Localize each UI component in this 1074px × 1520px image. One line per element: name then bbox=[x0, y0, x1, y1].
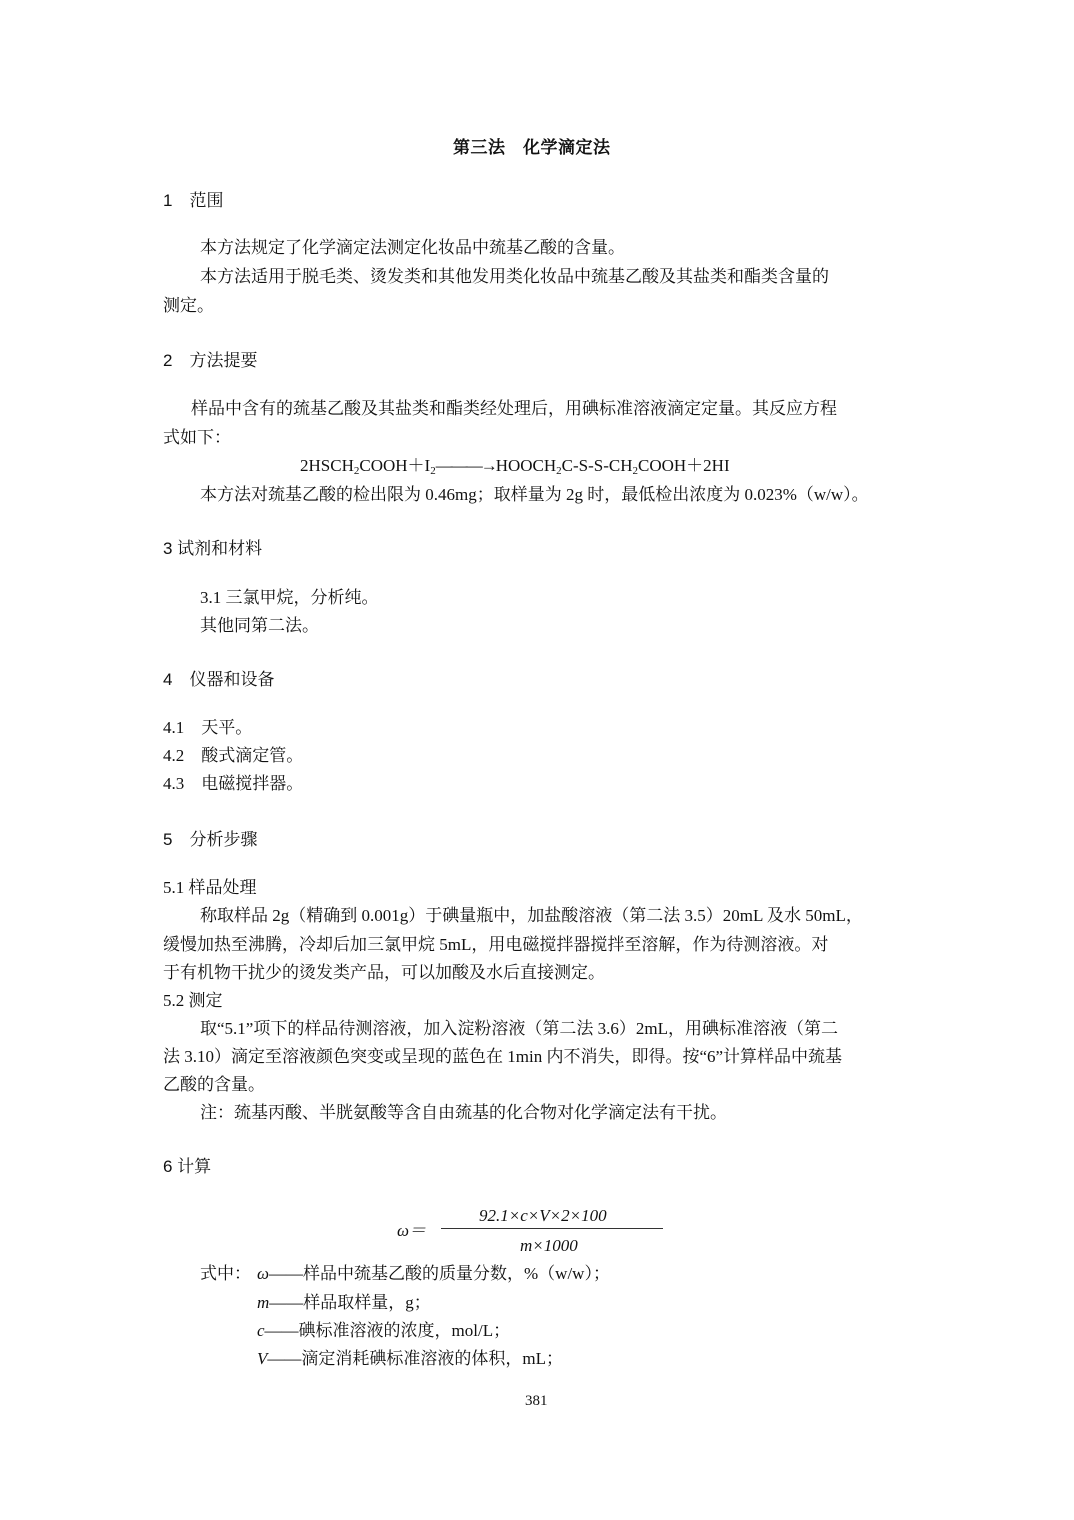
subsection-5-2-heading: 5.2 测定 bbox=[163, 986, 223, 1015]
formula-denominator: m×1000 bbox=[520, 1231, 578, 1260]
section-4-item-2: 4.2 酸式滴定管。 bbox=[163, 741, 303, 770]
section-6-heading: 6 计算 bbox=[163, 1152, 211, 1177]
eq-part: HOOCH bbox=[496, 456, 556, 475]
subsection-5-2-note: 注：巯基丙酸、半胱氨酸等含自由巯基的化合物对化学滴定法有干扰。 bbox=[200, 1098, 727, 1127]
section-1-para-2-cont: 测定。 bbox=[163, 291, 214, 320]
eq-part: COOH＋I bbox=[359, 456, 430, 475]
section-2-heading: 2 方法提要 bbox=[163, 346, 257, 371]
section-2-para-1-cont: 式如下： bbox=[163, 423, 231, 452]
variable-desc: ——滴定消耗碘标准溶液的体积，mL； bbox=[267, 1349, 563, 1368]
eq-part: COOH＋2HI bbox=[638, 456, 730, 475]
variable-desc: ——样品取样量，g； bbox=[269, 1293, 431, 1312]
eq-part: 2HSCH bbox=[300, 456, 354, 475]
subsection-5-2-line-1: 取“5.1”项下的样品待测溶液，加入淀粉溶液（第二法 3.6）2mL，用碘标准溶… bbox=[200, 1014, 838, 1043]
section-3-heading: 3 试剂和材料 bbox=[163, 534, 262, 559]
variable-m: m——样品取样量，g； bbox=[257, 1288, 431, 1317]
variable-symbol: c bbox=[257, 1321, 265, 1340]
subsection-5-1-heading: 5.1 样品处理 bbox=[163, 873, 257, 902]
subsection-5-1-line-2: 缓慢加热至沸腾，冷却后加三氯甲烷 5mL，用电磁搅拌器搅拌至溶解，作为待测溶液。… bbox=[163, 930, 828, 959]
subsection-5-1-line-3: 于有机物干扰少的烫发类产品，可以加酸及水后直接测定。 bbox=[163, 958, 605, 987]
section-4-heading: 4 仪器和设备 bbox=[163, 665, 274, 690]
formula-lhs: ω＝ bbox=[397, 1216, 426, 1245]
reaction-arrow: ———→ bbox=[436, 456, 496, 475]
variable-desc: ——样品中巯基乙酸的质量分数，%（w/w）； bbox=[269, 1264, 610, 1283]
subsection-5-2-line-2: 法 3.10）滴定至溶液颜色突变或呈现的蓝色在 1min 内不消失，即得。按“6… bbox=[163, 1042, 842, 1071]
reaction-equation: 2HSCH2COOH＋I2———→HOOCH2C-S-S-CH2COOH＋2HI bbox=[300, 451, 730, 480]
section-4-item-1: 4.1 天平。 bbox=[163, 713, 252, 742]
where-label: 式中： bbox=[200, 1259, 251, 1288]
document-page: 第三法 化学滴定法 1 范围 本方法规定了化学滴定法测定化妆品中巯基乙酸的含量。… bbox=[0, 0, 1074, 1520]
variable-symbol: V bbox=[257, 1349, 267, 1368]
variable-desc: ——碘标准溶液的浓度，mol/L； bbox=[265, 1321, 511, 1340]
eq-part: C-S-S-CH bbox=[562, 456, 633, 475]
section-5-heading: 5 分析步骤 bbox=[163, 825, 257, 850]
section-2-para-1: 样品中含有的巯基乙酸及其盐类和酯类经处理后，用碘标准溶液滴定定量。其反应方程 bbox=[191, 394, 837, 423]
section-2-para-2: 本方法对巯基乙酸的检出限为 0.46mg；取样量为 2g 时，最低检出浓度为 0… bbox=[200, 480, 869, 509]
variable-c: c——碘标准溶液的浓度，mol/L； bbox=[257, 1316, 510, 1345]
page-number: 381 bbox=[525, 1393, 548, 1410]
variable-omega: ω——样品中巯基乙酸的质量分数，%（w/w）； bbox=[257, 1259, 610, 1288]
section-1-para-2: 本方法适用于脱毛类、烫发类和其他发用类化妆品中巯基乙酸及其盐类和酯类含量的 bbox=[200, 262, 829, 291]
subsection-5-1-line-1: 称取样品 2g（精确到 0.001g）于碘量瓶中，加盐酸溶液（第二法 3.5）2… bbox=[200, 901, 863, 930]
document-title: 第三法 化学滴定法 bbox=[453, 133, 611, 158]
section-3-item-2: 其他同第二法。 bbox=[200, 611, 319, 640]
variable-v: V——滴定消耗碘标准溶液的体积，mL； bbox=[257, 1344, 563, 1373]
fraction-bar bbox=[441, 1228, 663, 1229]
subsection-5-2-line-3: 乙酸的含量。 bbox=[163, 1070, 265, 1099]
section-1-heading: 1 范围 bbox=[163, 186, 223, 211]
section-1-para-1: 本方法规定了化学滴定法测定化妆品中巯基乙酸的含量。 bbox=[200, 233, 625, 262]
section-3-item-1: 3.1 三氯甲烷，分析纯。 bbox=[200, 583, 379, 612]
formula-numerator: 92.1×c×V×2×100 bbox=[479, 1201, 607, 1230]
variable-symbol: m bbox=[257, 1293, 269, 1312]
variable-symbol: ω bbox=[257, 1264, 269, 1283]
section-4-item-3: 4.3 电磁搅拌器。 bbox=[163, 769, 303, 798]
